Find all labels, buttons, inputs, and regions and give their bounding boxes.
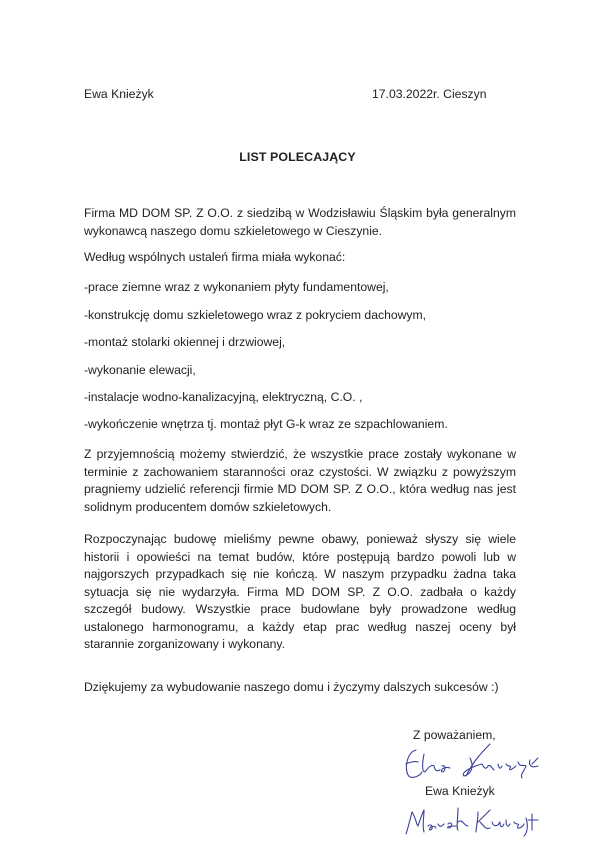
letter-title: LIST POLECAJĄCY — [0, 150, 595, 164]
scope-item: -instalacje wodno-kanalizacyjną, elektry… — [84, 390, 362, 404]
date-place: 17.03.2022r. Cieszyn — [372, 87, 487, 101]
thanks-line: Dziękujemy za wybudowanie naszego domu i… — [84, 680, 499, 694]
signature-marek — [398, 800, 548, 838]
scope-item: -wykończenie wnętrza tj. montaż płyt G-k… — [84, 417, 448, 431]
intro-paragraph: Firma MD DOM SP. Z O.O. z siedzibą w Wod… — [84, 205, 516, 240]
scope-item: -prace ziemne wraz z wykonaniem płyty fu… — [84, 280, 389, 294]
paragraph-completion: Z przyjemnością możemy stwierdzić, że ws… — [84, 446, 516, 516]
scope-item: -konstrukcję domu szkieletowego wraz z p… — [84, 308, 426, 322]
scope-item: -wykonanie elewacji, — [84, 363, 196, 377]
sender-name: Ewa Knieżyk — [84, 87, 154, 101]
closing-salutation: Z poważaniem, — [413, 728, 496, 742]
signature-ewa — [398, 742, 548, 782]
paragraph-concerns: Rozpoczynając budowę mieliśmy pewne obaw… — [84, 531, 516, 654]
printed-name: Ewa Knieżyk — [425, 784, 495, 798]
scope-item: -montaż stolarki okiennej i drzwiowej, — [84, 335, 285, 349]
scope-intro: Według wspólnych ustaleń firma miała wyk… — [84, 250, 345, 264]
